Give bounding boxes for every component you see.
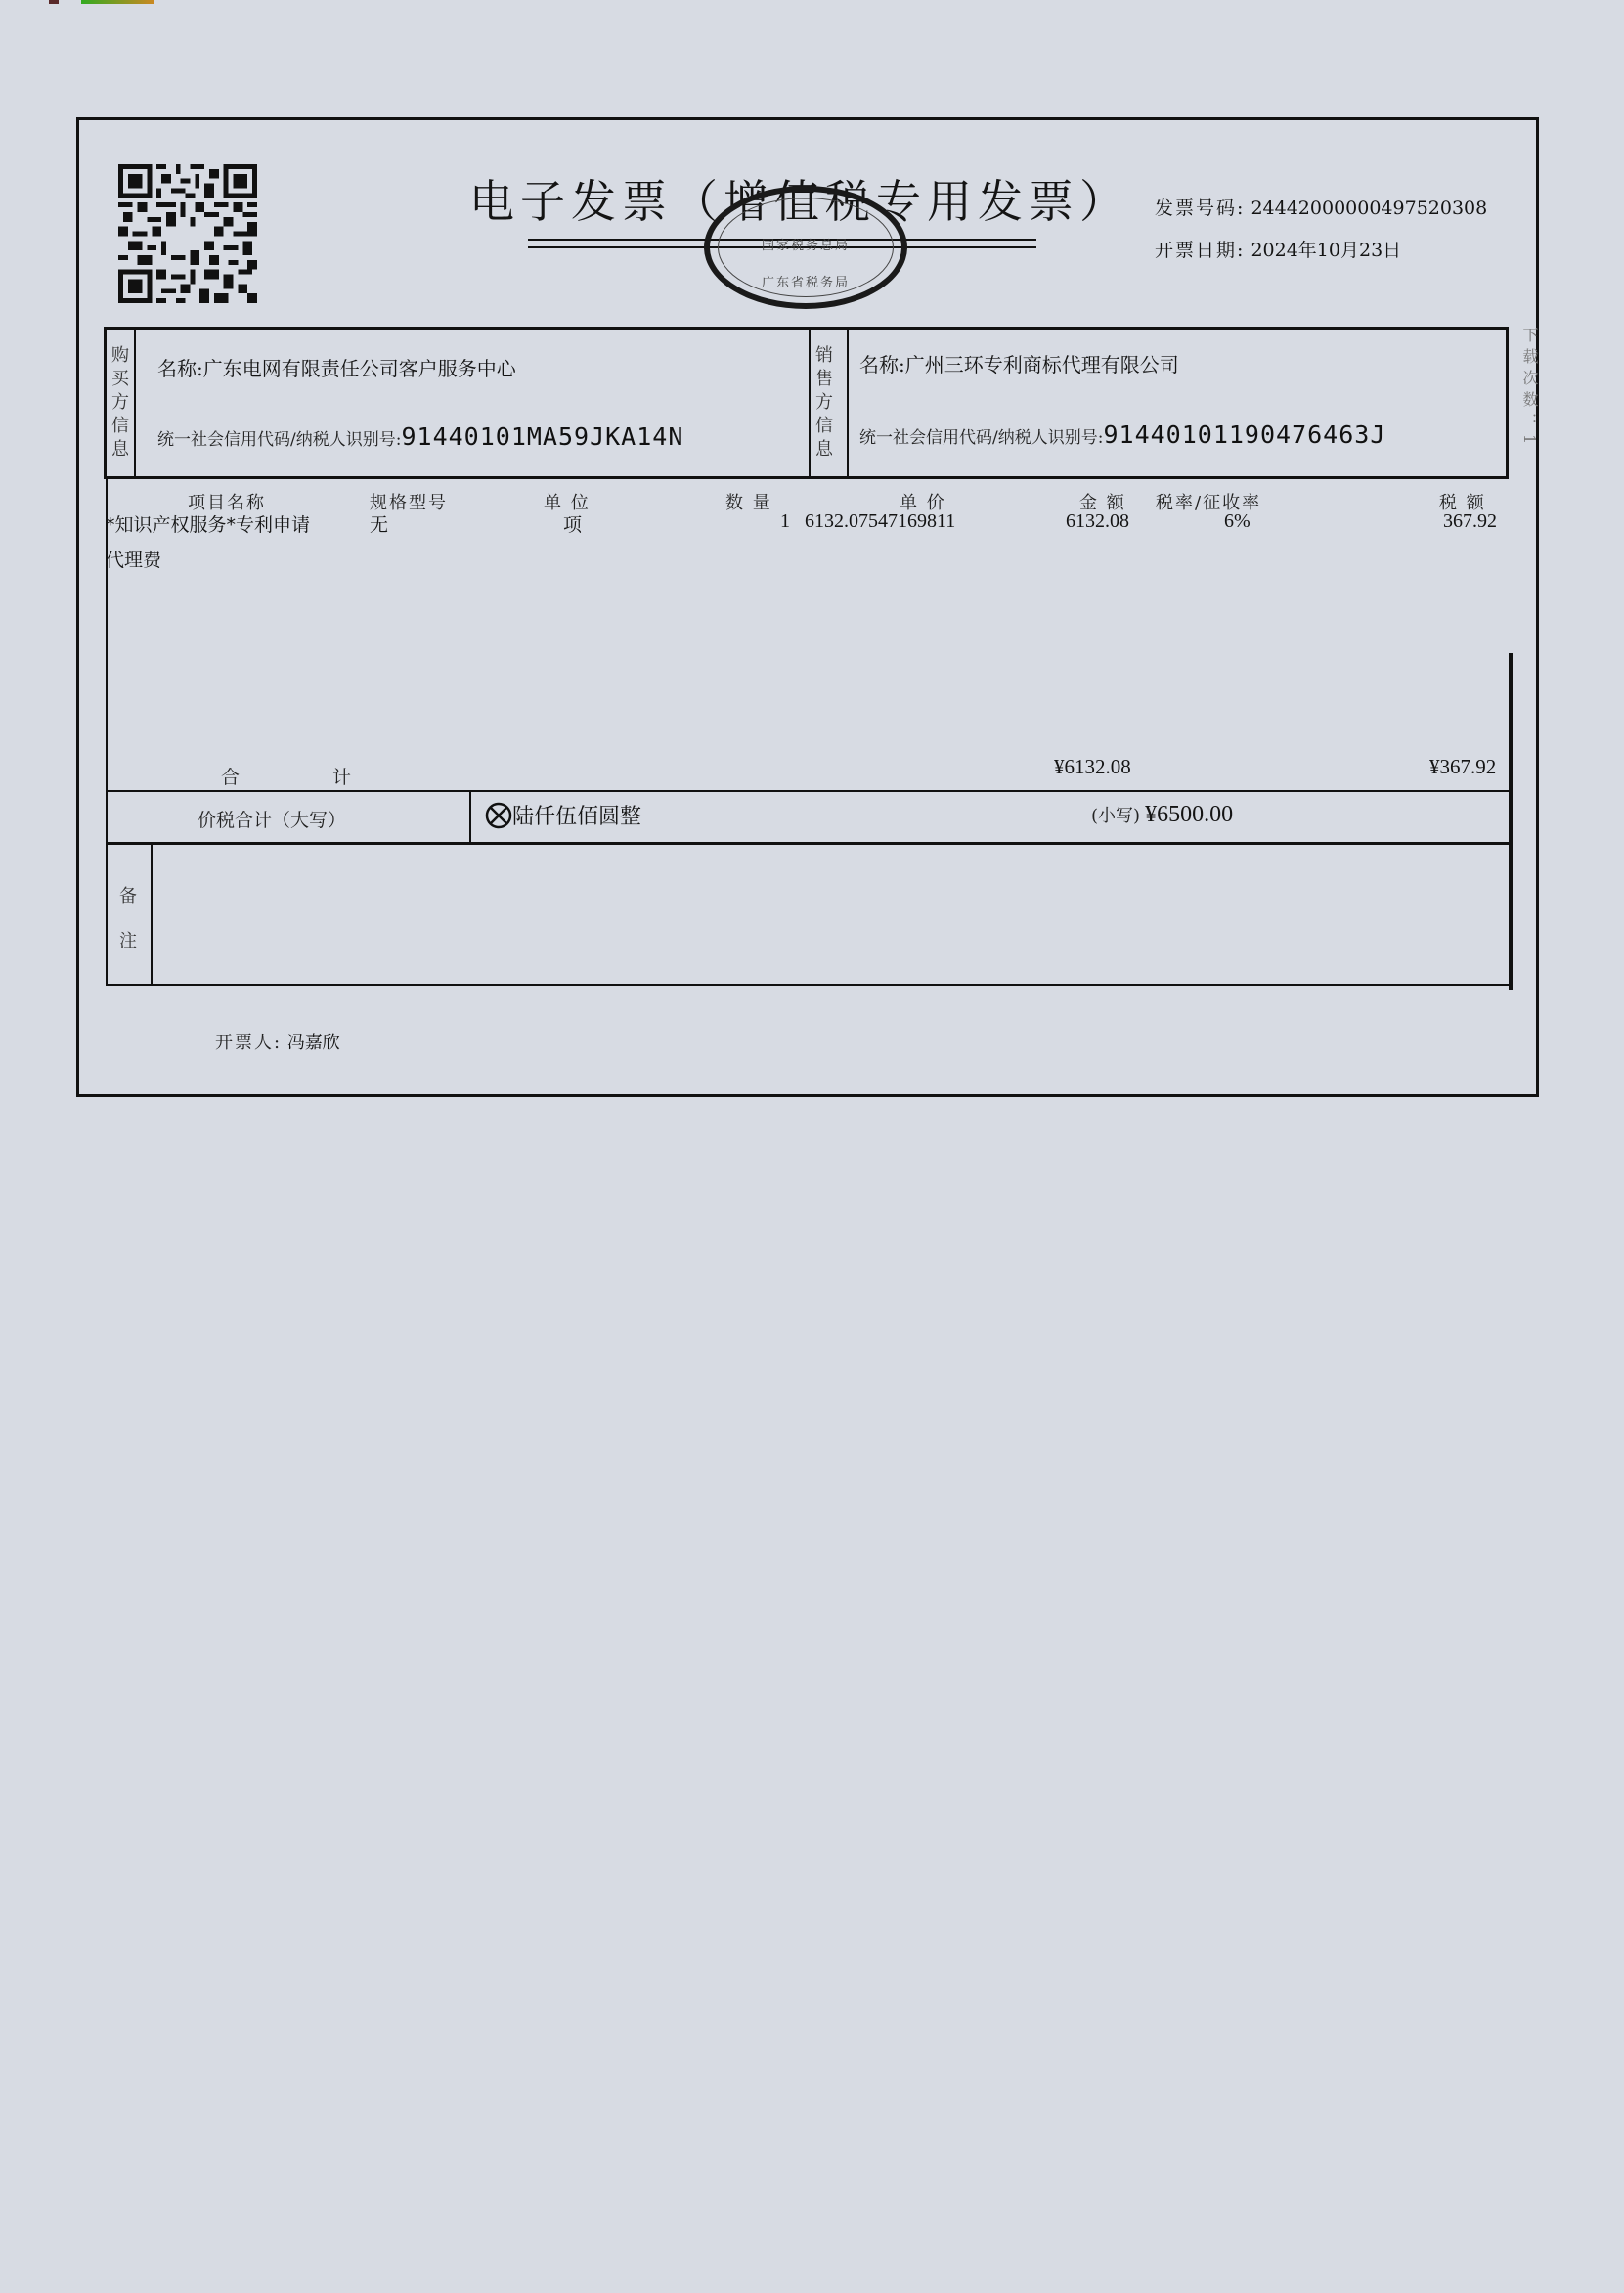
issue-date: 开票日期: 2024年10月23日: [1155, 236, 1401, 262]
item-tax: 367.92: [1443, 510, 1497, 533]
remarks-label: 备: [119, 882, 137, 907]
grand-total-lower: (小写) ¥6500.00: [1091, 802, 1233, 828]
circled-x-icon: [485, 802, 512, 829]
grand-total-row: 价税合计（大写） 陆仟伍佰圆整 (小写) ¥6500.00: [106, 790, 1513, 845]
item-unit-price: 6132.07547169811: [805, 510, 955, 533]
column-header: 数 量: [725, 489, 772, 514]
download-count-note: 下载次数：1: [1517, 327, 1541, 450]
party-info-section: 购买方信息 销售方信息 名称:广东电网有限责任公司客户服务中心 统一社会信用代码…: [104, 327, 1509, 479]
tax-bureau-seal-icon: 国家税务总局 广东省税务局: [704, 186, 907, 309]
qr-code-icon: [116, 164, 259, 303]
grand-total-label: 价税合计（大写）: [198, 806, 346, 832]
tax-total: ¥367.92: [1429, 755, 1496, 779]
total-label: 计: [332, 763, 351, 789]
amount-total: ¥6132.08: [1054, 755, 1131, 779]
scan-artifact: [49, 0, 59, 4]
issue-date-value: 2024年10月23日: [1251, 240, 1401, 261]
scan-artifact: [81, 0, 154, 4]
buyer-section-label: 购买方信息: [107, 330, 134, 476]
invoice-number-value: 24442000000497520308: [1251, 198, 1487, 219]
seller-section-label: 销售方信息: [811, 330, 838, 476]
grand-total-upper: 陆仟伍佰圆整: [485, 800, 641, 830]
item-amount: 6132.08: [1066, 510, 1129, 533]
seller-tax-id: 统一社会信用代码/纳税人识别号:91440101190476463J: [859, 420, 1385, 449]
item-spec: 无: [370, 510, 388, 537]
item-quantity: 1: [780, 510, 790, 533]
issuer: 开票人: 冯嘉欣: [215, 1029, 340, 1054]
item-name-cont: 代理费: [106, 546, 161, 572]
item-name: *知识产权服务*专利申请: [106, 510, 310, 537]
seal-bottom-text: 广东省税务局: [710, 272, 901, 290]
seal-top-text: 国家税务总局: [710, 235, 901, 253]
item-unit: 项: [563, 510, 582, 537]
buyer-name: 名称:广东电网有限责任公司客户服务中心: [157, 353, 516, 381]
issuer-name: 冯嘉欣: [287, 1033, 340, 1053]
issue-date-label: 开票日期:: [1155, 240, 1245, 261]
item-tax-rate: 6%: [1224, 510, 1251, 533]
seller-name: 名称:广州三环专利商标代理有限公司: [859, 349, 1179, 377]
invoice-number-label: 发票号码:: [1155, 198, 1245, 219]
remarks-label: 注: [119, 927, 137, 952]
buyer-tax-id: 统一社会信用代码/纳税人识别号:91440101MA59JKA14N: [157, 422, 683, 451]
total-label: 合: [221, 763, 240, 789]
remarks-section: 备 注: [106, 843, 1513, 986]
invoice-number: 发票号码: 24442000000497520308: [1155, 194, 1487, 220]
